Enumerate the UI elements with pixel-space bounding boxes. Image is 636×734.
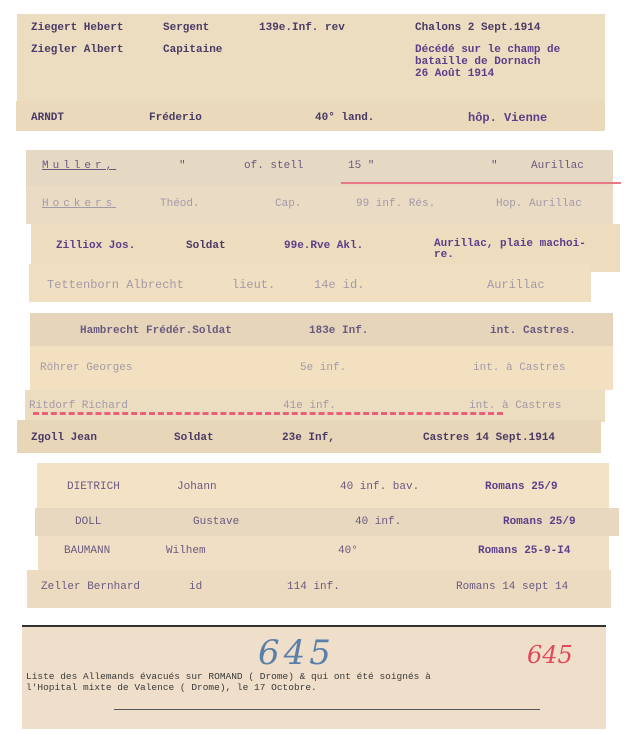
first-name-cell: Fréderio	[149, 112, 202, 124]
first-name-cell: Gustave	[193, 516, 239, 528]
name-cell: Röhrer Georges	[40, 362, 132, 374]
rank-cell: lieut.	[232, 279, 275, 291]
unit-cell: 14e id.	[314, 279, 364, 291]
rank-cell: Soldat	[174, 432, 214, 444]
name-cell: Hambrecht Frédér.Soldat	[80, 325, 232, 337]
unit-cell: 40 inf.	[355, 516, 401, 528]
rank-cell: Cap.	[275, 198, 301, 210]
name-cell: Ritdorf Richard	[29, 400, 128, 412]
strip-baumann: BAUMANN Wilhem 40° Romans 25-9-I4	[38, 536, 609, 570]
note-cell: int. Castres.	[490, 325, 576, 337]
ghost-text	[441, 224, 477, 235]
unit-cell: 99 inf. Rés.	[356, 198, 435, 210]
name-cell: DIETRICH	[67, 481, 120, 493]
strip-hockers: Hockers Théod. Cap. 99 inf. Rés. Hop. Au…	[26, 186, 613, 224]
strip-ritdorf: Ritdorf Richard 41e inf. int. à Castres	[25, 390, 605, 422]
note-line: Décédé sur le champ de	[415, 44, 560, 56]
first-name-cell: Johann	[177, 481, 217, 493]
unit-cell: 114 inf.	[287, 581, 340, 593]
strip-doll: DOLL Gustave 40 inf. Romans 25/9	[35, 508, 619, 536]
unit-cell: 99e.Rve Akl.	[284, 240, 363, 252]
note-line: re.	[434, 249, 454, 261]
name-cell: Tettenborn Albrecht	[47, 279, 184, 291]
rank-cell: Capitaine	[163, 44, 222, 56]
name-cell: Ziegler Albert	[31, 44, 123, 56]
note-cell: Romans 14 sept 14	[456, 581, 568, 593]
red-strikeline	[341, 182, 621, 184]
strip-arndt: ARNDT Fréderio 40° land. hôp. Vienne	[16, 101, 605, 131]
rank-cell: Sergent	[163, 22, 209, 34]
ditto-mark: "	[491, 160, 498, 172]
caption-line: l'Hopital mixte de Valence ( Drome), le …	[26, 682, 317, 694]
note-cell: Romans 25/9	[503, 516, 576, 528]
unit-cell: 40°	[338, 545, 358, 557]
rank-cell: of. stell	[244, 160, 303, 172]
note-line: 26 Août 1914	[415, 68, 494, 80]
strip-ziegert-ziegler: Ziegert Hebert Sergent 139e.Inf. rev Cha…	[17, 14, 605, 106]
rank-cell: id	[189, 581, 202, 593]
handwritten-number-blue: 645	[258, 633, 335, 673]
strip-tettenborn: Tettenborn Albrecht lieut. 14e id. Auril…	[29, 264, 591, 302]
note-cell: Chalons 2 Sept.1914	[415, 22, 540, 34]
name-cell: ARNDT	[31, 112, 64, 124]
name-cell: Zgoll Jean	[31, 432, 97, 444]
handwritten-number-red: 645	[527, 641, 573, 669]
strip-dietrich: DIETRICH Johann 40 inf. bav. Romans 25/9	[37, 463, 609, 511]
unit-cell: 139e.Inf. rev	[259, 22, 345, 34]
note-cell: hôp. Vienne	[468, 112, 547, 124]
unit-cell: 40 inf. bav.	[340, 481, 419, 493]
unit-cell: 41e inf.	[283, 400, 336, 412]
name-cell: Hockers	[42, 198, 116, 210]
rank-cell: Soldat	[186, 240, 226, 252]
name-cell: Ziegert Hebert	[31, 22, 123, 34]
note-cell: int. à Castres	[473, 362, 565, 374]
name-cell: BAUMANN	[64, 545, 110, 557]
first-name-cell: "	[179, 160, 186, 172]
strip-rohrer: Röhrer Georges 5e inf. int. à Castres	[30, 346, 613, 390]
red-dashed-strikeline	[33, 412, 503, 415]
strip-caption: 645 645 Liste des Allemands évacués sur …	[22, 625, 606, 729]
unit-cell: 40° land.	[315, 112, 374, 124]
note-cell: Aurillac	[487, 279, 545, 291]
note-cell: Hop. Aurillac	[496, 198, 582, 210]
note-cell: Castres 14 Sept.1914	[423, 432, 555, 444]
strip-zeller: Zeller Bernhard id 114 inf. Romans 14 se…	[27, 570, 611, 608]
note-cell: Romans 25-9-I4	[478, 545, 570, 557]
unit-cell: 15 "	[348, 160, 374, 172]
first-name-cell: Théod.	[160, 198, 200, 210]
note-line: bataille de Dornach	[415, 56, 540, 68]
unit-cell: 23e Inf,	[282, 432, 335, 444]
unit-cell: 5e inf.	[300, 362, 346, 374]
first-name-cell: Wilhem	[166, 545, 206, 557]
name-cell: Zilliox Jos.	[56, 240, 135, 252]
note-cell: Romans 25/9	[485, 481, 558, 493]
strip-zgoll: Zgoll Jean Soldat 23e Inf, Castres 14 Se…	[17, 420, 601, 453]
unit-cell: 183e Inf.	[309, 325, 368, 337]
name-cell: DOLL	[75, 516, 101, 528]
note-cell: Aurillac	[531, 160, 584, 172]
strip-hambrecht: Hambrecht Frédér.Soldat 183e Inf. int. C…	[30, 313, 613, 347]
name-cell: Zeller Bernhard	[41, 581, 140, 593]
caption-underline	[114, 709, 540, 710]
note-line: Aurillac, plaie machoi-	[434, 238, 586, 250]
name-cell: Muller,	[42, 160, 116, 172]
note-cell: int. à Castres	[469, 400, 561, 412]
